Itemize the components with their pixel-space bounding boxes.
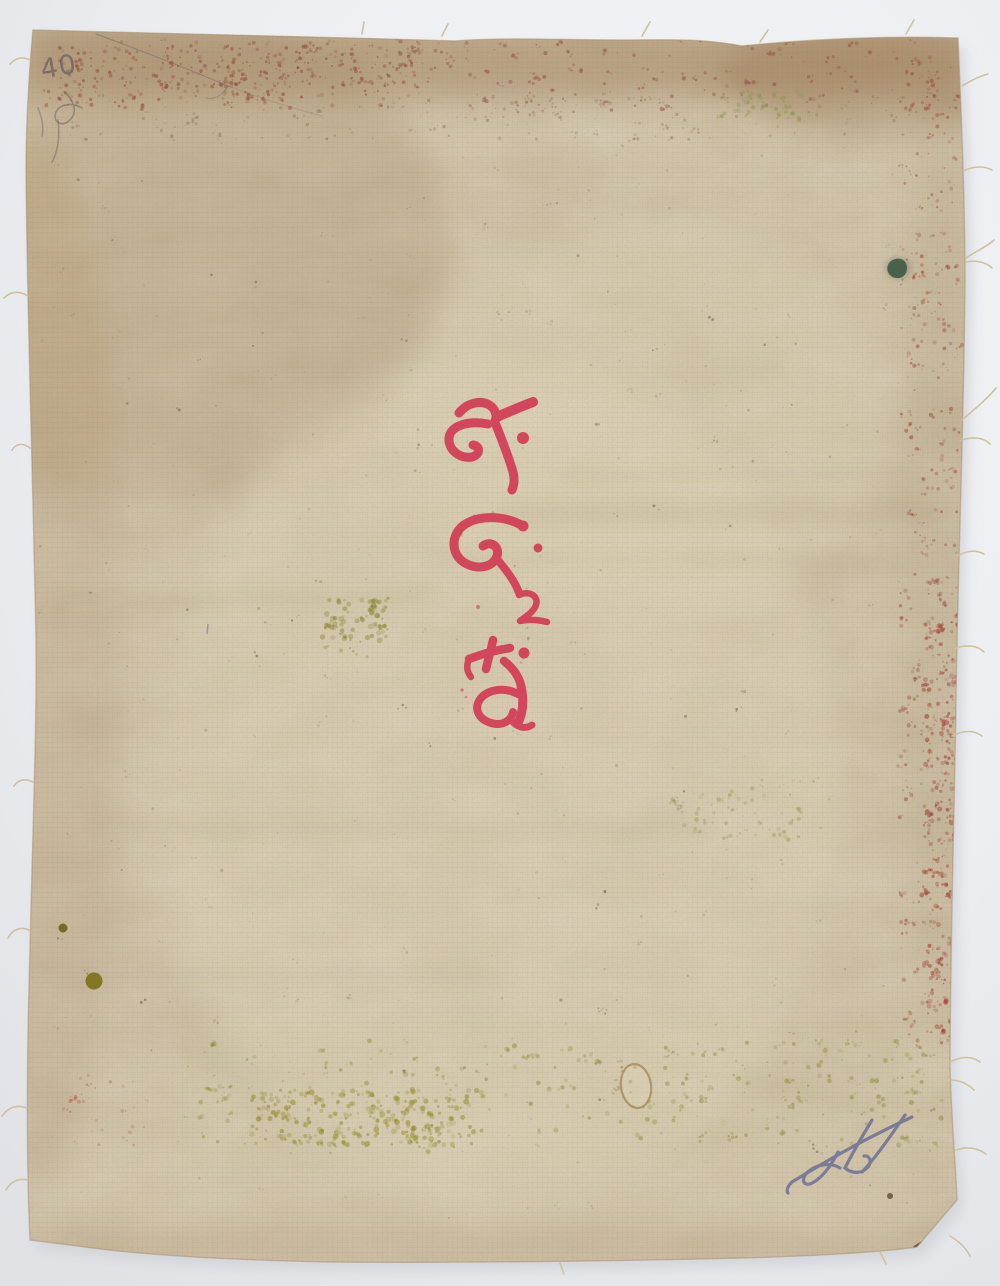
speckle [414,1135,419,1140]
speckle [727,71,728,72]
speckle [321,1103,326,1108]
speckle [391,1128,397,1134]
speckle [901,416,903,418]
speckle [783,100,785,102]
speckle [919,77,921,79]
speckle [940,963,943,966]
speckle [949,486,950,487]
speckle [942,328,946,332]
speckle [171,45,174,48]
speckle [926,136,929,139]
speckle [343,84,346,87]
speckle [261,1106,265,1110]
speckle [241,72,245,76]
speckle [562,98,564,100]
speckle [478,156,479,157]
speckle [704,1131,707,1134]
speckle [344,636,346,638]
speckle [216,63,218,65]
speckle [299,1092,304,1097]
speckle [93,85,95,87]
speckle [946,761,950,765]
speckle [90,592,92,594]
speckle [697,1043,699,1045]
speckle [280,1137,284,1141]
speckle [648,1029,650,1031]
speckle [941,269,943,271]
speckle [226,101,229,104]
speckle [241,69,243,71]
speckle [465,41,469,45]
speckle [41,339,44,342]
speckle [733,1074,735,1076]
speckle [942,661,944,663]
speckle [908,1033,910,1035]
speckle [911,63,913,65]
speckle [677,800,679,802]
speckle [694,76,696,78]
speckle [88,1097,89,1098]
speckle [162,941,164,943]
speckle [716,440,719,443]
speckle [674,1148,676,1150]
speckle [938,99,940,101]
speckle [809,97,812,100]
speckle [541,773,543,775]
speckle [751,1108,754,1111]
speckle [191,120,194,123]
speckle [193,92,195,94]
speckle [213,1019,216,1022]
speckle [947,324,951,328]
speckle [449,1089,451,1091]
speckle [954,357,956,359]
speckle [68,93,70,95]
speckle [100,77,103,80]
speckle [953,106,954,107]
speckle [418,51,422,55]
speckle [498,42,501,45]
speckle [946,740,949,743]
speckle [126,665,128,667]
speckle [926,821,928,823]
speckle [914,726,916,728]
speckle [538,104,540,106]
speckle [839,66,841,68]
speckle [781,863,783,865]
speckle [690,1099,692,1101]
speckle [371,83,373,85]
speckle [210,430,211,431]
speckle [532,778,533,779]
speckle [213,133,215,135]
speckle [908,306,910,308]
speckle [123,251,125,253]
speckle [917,1068,920,1071]
speckle [865,55,867,57]
speckle [511,53,515,57]
speckle [951,466,955,470]
speckle [636,186,638,188]
speckle [428,77,430,79]
speckle [253,86,256,89]
speckle [923,677,928,682]
speckle [675,911,677,913]
speckle [735,1060,737,1062]
speckle [688,115,689,116]
speckle [928,589,929,590]
speckle [596,129,598,131]
speckle [435,1142,438,1145]
speckle [937,1001,939,1003]
speckle [908,410,912,414]
speckle [355,618,360,623]
speckle [927,687,931,691]
speckle [401,1117,405,1121]
speckle [422,631,424,633]
speckle [344,53,346,55]
speckle [658,101,661,104]
speckle [904,179,905,180]
speckle [403,1072,408,1077]
speckle [749,91,753,95]
speckle [169,81,171,83]
speckle [132,96,136,100]
speckle [387,105,389,107]
speckle [934,1024,939,1029]
speckle [766,53,768,55]
speckle [951,762,954,765]
speckle [159,83,163,87]
speckle [937,317,940,320]
speckle [267,93,268,94]
speckle [927,683,929,685]
speckle [464,1094,469,1099]
speckle [291,620,293,622]
speckle [578,167,579,168]
speckle [451,1134,456,1139]
speckle [925,637,928,640]
speckle [528,309,531,312]
speckle [349,1113,352,1116]
speckle [772,93,776,97]
speckle [775,978,777,980]
speckle [922,886,924,888]
speckle [640,99,642,101]
speckle [768,828,771,831]
speckle [547,582,550,585]
speckle [735,115,738,118]
speckle [952,328,956,332]
speckle [928,175,930,177]
speckle [312,44,315,47]
speckle [84,460,87,463]
speckle [304,1096,306,1098]
speckle [785,733,787,735]
speckle [782,1041,786,1045]
speckle [264,1138,267,1141]
speckle [930,1219,931,1220]
speckle [717,1022,718,1023]
speckle [850,89,851,90]
speckle [751,47,754,50]
speckle [426,111,428,113]
speckle [932,655,934,657]
speckle [70,134,71,135]
speckle [203,84,206,87]
speckle [86,972,88,974]
speckle [183,1116,185,1118]
speckle [949,815,952,818]
speckle [921,329,923,331]
speckle [410,203,412,205]
speckle [217,1084,222,1089]
speckle [360,81,362,83]
speckle [829,259,831,261]
speckle [915,238,918,241]
speckle [278,52,282,56]
speckle [368,623,374,629]
speckle [409,60,410,61]
speckle [666,1056,668,1058]
speckle [922,963,927,968]
speckle [295,1002,296,1003]
speckle [296,962,298,964]
speckle [898,383,899,384]
speckle [216,1100,219,1103]
speckle [597,903,600,906]
speckle [245,75,247,77]
speckle [761,104,764,107]
speckle [682,76,686,80]
speckle [290,1152,292,1154]
speckle [856,89,859,92]
speckle [844,71,846,73]
speckle [529,92,531,94]
speckle [228,1113,230,1115]
speckle [128,505,130,507]
speckle [150,1049,152,1051]
speckle [122,68,124,70]
speckle [906,711,909,714]
speckle [558,1208,560,1210]
speckle [270,624,272,626]
speckle [292,1140,296,1144]
speckle [179,769,181,771]
speckle [937,301,940,304]
speckle [327,624,331,628]
speckle [652,1013,653,1014]
speckle [78,83,81,86]
speckle [895,57,898,60]
speckle [930,764,933,767]
speckle [948,838,952,842]
speckle [351,131,354,134]
speckle [195,122,198,125]
speckle [598,423,600,425]
speckle [642,67,645,70]
speckle [317,724,320,727]
speckle [252,1064,253,1065]
speckle [358,317,359,318]
speckle [535,871,538,874]
speckle [728,834,732,838]
speckle [633,133,636,136]
speckle [141,180,143,182]
speckle [952,699,954,701]
speckle [298,52,301,55]
speckle [891,173,894,176]
speckle [206,1087,208,1089]
pencil-number: 40 [38,49,79,86]
speckle [429,1132,432,1135]
speckle [566,50,569,53]
speckle [783,834,788,839]
speckle [373,622,377,626]
speckle [156,315,158,317]
speckle [927,71,928,72]
speckle [151,807,154,810]
speckle [846,424,848,426]
speckle [922,365,925,368]
speckle [900,284,902,286]
speckle [80,89,82,91]
speckle [260,84,262,86]
speckle [144,66,146,68]
speckle [75,124,78,127]
speckle [640,941,642,943]
speckle [358,548,360,550]
speckle [874,1078,879,1083]
speckle [919,426,922,429]
speckle [373,1126,379,1132]
speckle [218,134,221,137]
speckle [501,997,503,999]
speckle [909,437,911,439]
speckle [528,80,531,83]
speckle [907,921,910,924]
speckle [701,310,703,312]
speckle [468,73,472,77]
speckle [221,1096,226,1101]
speckle [372,137,374,139]
speckle [142,860,143,861]
speckle [342,606,347,611]
speckle [458,675,459,676]
speckle [741,1064,743,1066]
speckle [940,190,943,193]
speckle [812,75,814,77]
speckle [950,630,953,633]
speckle [167,84,168,85]
speckle [210,274,213,277]
speckle [506,124,509,127]
speckle [940,366,942,368]
speckle [353,67,357,71]
speckle [958,431,961,434]
speckle [78,93,82,97]
speckle [164,90,166,92]
speckle [914,680,916,682]
speckle [702,237,704,239]
speckle [227,64,229,66]
speckle [807,111,810,114]
speckle [118,105,121,108]
speckle [528,313,531,316]
speckle [227,67,231,71]
speckle [777,838,779,840]
speckle [359,106,360,107]
speckle [797,93,801,97]
speckle [259,89,260,90]
speckle [392,107,394,109]
speckle [622,147,624,149]
speckle [743,130,744,131]
speckle [239,47,241,49]
speckle [320,634,325,639]
speckle [820,1039,823,1042]
speckle [448,135,450,137]
speckle [558,116,561,119]
speckle [704,1051,707,1054]
speckle [922,921,926,925]
speckle [575,131,578,134]
speckle [896,1046,898,1048]
speckle [151,446,152,447]
speckle [744,1092,746,1094]
speckle [902,248,905,251]
speckle [933,340,937,344]
speckle [428,1129,432,1133]
speckle [203,64,207,68]
speckle [859,1045,861,1047]
speckle [872,604,874,606]
speckle [930,61,932,63]
speckle [375,1077,376,1078]
speckle [157,127,158,128]
speckle [368,1096,370,1098]
speckle [926,96,928,98]
speckle [845,121,848,124]
speckle [411,1073,415,1077]
speckle [940,232,942,234]
speckle [792,779,795,782]
speckle [447,1100,451,1104]
speckle [132,1144,135,1147]
speckle [789,793,791,795]
speckle [926,106,930,110]
speckle [553,1066,556,1069]
speckle [838,1048,842,1052]
speckle [946,864,949,867]
speckle [105,562,107,564]
speckle [320,93,324,97]
speckle [536,44,538,46]
speckle [536,1081,541,1086]
speckle [268,59,270,61]
speckle [100,187,101,188]
speckle [360,617,365,622]
speckle [711,803,713,805]
speckle [927,759,930,762]
speckle [317,94,320,97]
speckle [652,77,655,80]
speckle [289,1117,291,1119]
speckle [451,1106,453,1108]
speckle [78,58,82,62]
speckle [311,59,313,61]
speckle [932,1108,935,1111]
